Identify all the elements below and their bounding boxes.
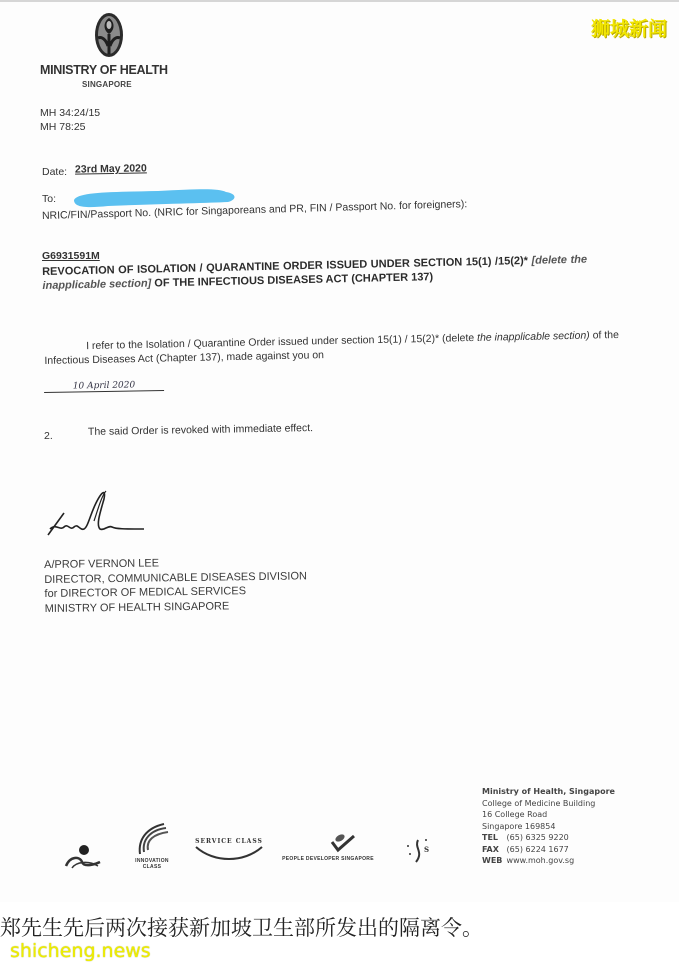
people-excellence-logo-icon xyxy=(62,844,102,874)
signatory-block: A/PROF VERNON LEE DIRECTOR, COMMUNICABLE… xyxy=(44,554,307,616)
reference-number: MH 34:24/15 xyxy=(40,106,100,120)
address-name: Ministry of Health, Singapore xyxy=(482,786,615,798)
date-value: 23rd May 2020 xyxy=(75,162,147,175)
ministry-country: SINGAPORE xyxy=(82,80,132,89)
ministry-address: Ministry of Health, Singapore College of… xyxy=(482,786,615,867)
handwritten-signature-icon xyxy=(44,485,164,545)
address-tel: TEL (65) 6325 9220 xyxy=(482,832,615,844)
singapore-quality-award-logo-icon: S xyxy=(402,836,442,866)
address-web: WEB www.moh.gov.sg xyxy=(482,855,615,867)
nric-value: G6931591M xyxy=(42,250,100,262)
date-label: Date: xyxy=(42,166,67,178)
innovation-class-logo-icon: INNOVATION CLASS xyxy=(130,820,174,870)
logo-label: SERVICE CLASS xyxy=(194,838,264,845)
people-developer-logo-icon: PEOPLE DEVELOPER SINGAPORE xyxy=(282,834,374,862)
address-fax: FAX (65) 6224 1677 xyxy=(482,844,615,856)
reference-number: MH 78:25 xyxy=(40,120,100,134)
address-postal: Singapore 169854 xyxy=(482,821,615,833)
watermark-top: 狮城新闻 xyxy=(591,14,667,41)
moh-crest-icon xyxy=(94,12,124,58)
letter-document xyxy=(0,2,679,902)
paragraph-2-number: 2. xyxy=(44,430,53,442)
footer-logos: INNOVATION CLASS SERVICE CLASS PEOPLE DE… xyxy=(62,820,462,880)
to-label: To: xyxy=(42,193,56,205)
service-class-logo-icon: SERVICE CLASS xyxy=(194,838,264,865)
reference-numbers: MH 34:24/15 MH 78:25 xyxy=(40,106,100,134)
logo-label: INNOVATION CLASS xyxy=(130,858,174,870)
logo-label: PEOPLE DEVELOPER SINGAPORE xyxy=(282,856,374,862)
image-caption: 郑先生先后两次接获新加坡卫生部所发出的隔离令。 xyxy=(0,912,483,942)
svg-text:S: S xyxy=(424,845,429,854)
address-building: College of Medicine Building xyxy=(482,798,615,810)
ministry-name: MINISTRY OF HEALTH xyxy=(40,63,168,77)
address-street: 16 College Road xyxy=(482,809,615,821)
watermark-bottom: shicheng.news xyxy=(10,940,151,962)
handwritten-order-date: 10 April 2020 xyxy=(44,380,164,393)
paragraph-italic: the inapplicable section) xyxy=(477,330,590,344)
